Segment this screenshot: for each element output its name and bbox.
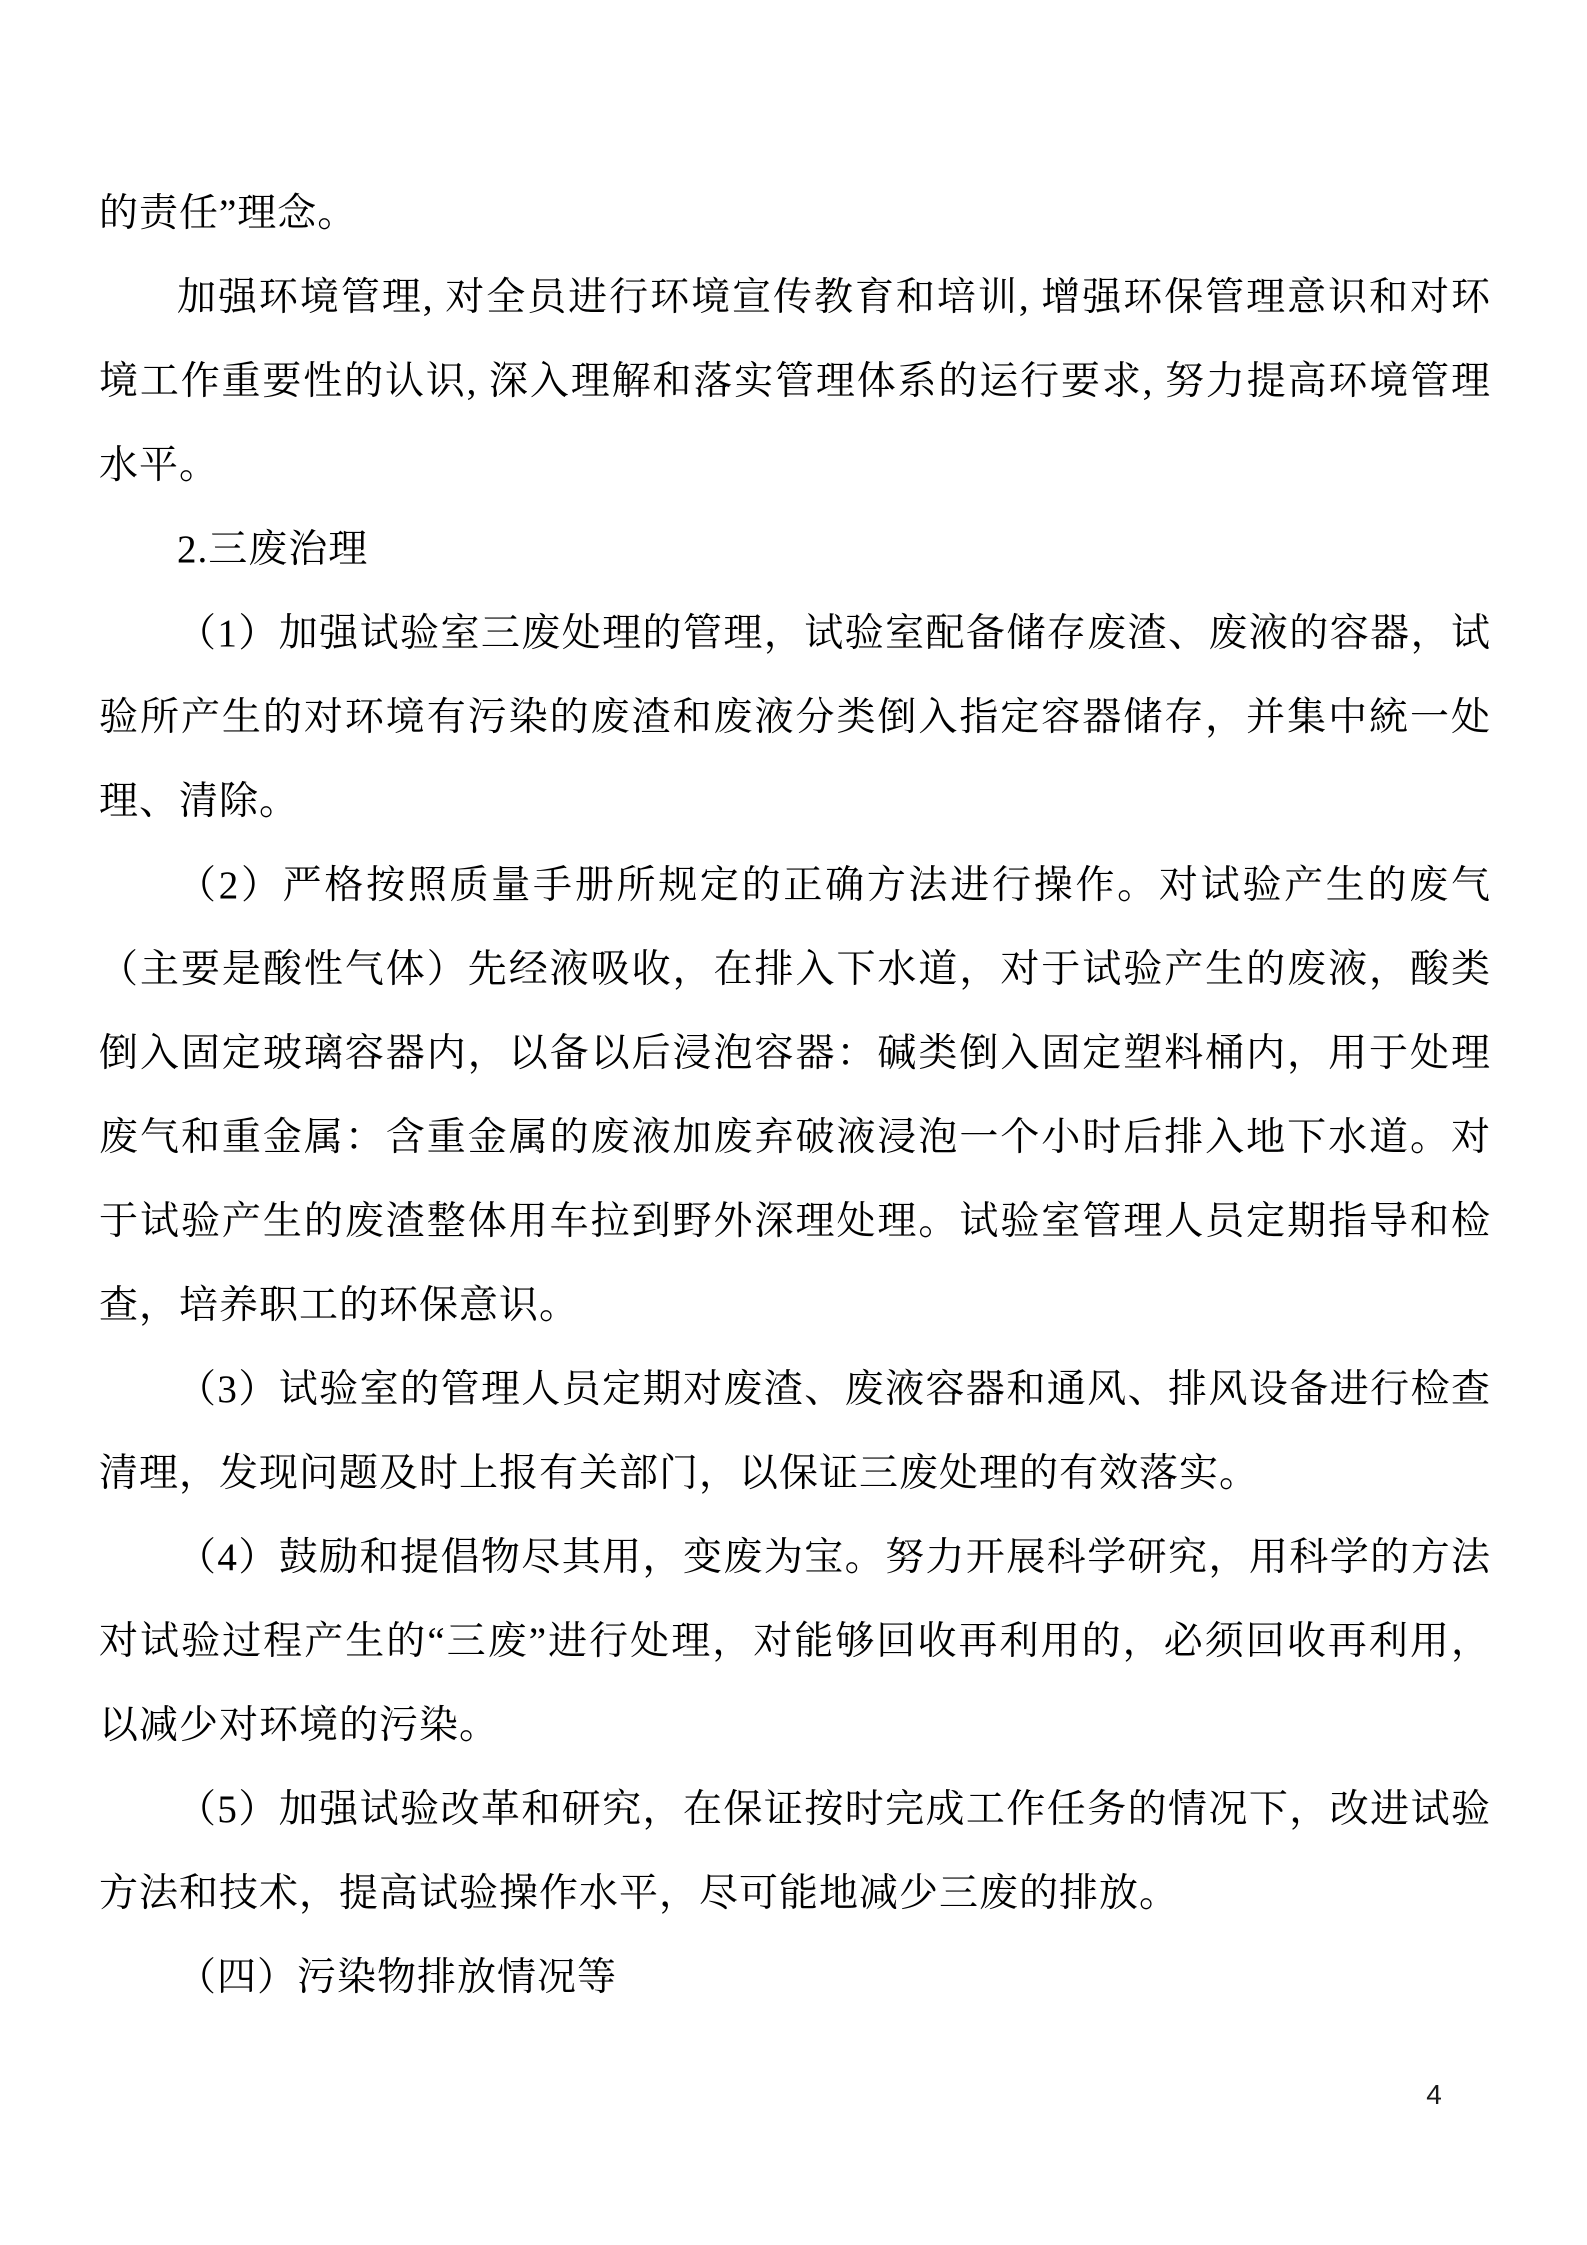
page-number: 4 [1404, 2078, 1464, 2112]
section-heading: 2.三废治理 [99, 508, 1491, 592]
paragraph: 加强环境管理, 对全员进行环境宣传教育和培训, 增强环保管理意识和对环境工作重要… [99, 256, 1491, 508]
document-body: 的责任”理念。 加强环境管理, 对全员进行环境宣传教育和培训, 增强环保管理意识… [99, 172, 1491, 2020]
paragraph: （3）试验室的管理人员定期对废渣、废液容器和通风、排风设备进行检查清理，发现问题… [99, 1348, 1491, 1516]
paragraph-continuation: 的责任”理念。 [99, 172, 1491, 256]
document-page: 的责任”理念。 加强环境管理, 对全员进行环境宣传教育和培训, 增强环保管理意识… [0, 0, 1587, 2245]
paragraph: （4）鼓励和提倡物尽其用，变废为宝。努力开展科学研究，用科学的方法对试验过程产生… [99, 1516, 1491, 1768]
paragraph: （1）加强试验室三废处理的管理，试验室配备储存废渣、废液的容器，试验所产生的对环… [99, 592, 1491, 844]
paragraph: （5）加强试验改革和研究，在保证按时完成工作任务的情况下，改进试验方法和技术，提… [99, 1768, 1491, 1936]
paragraph: （2）严格按照质量手册所规定的正确方法进行操作。对试验产生的废气（主要是酸性气体… [99, 844, 1491, 1348]
section-heading: （四）污染物排放情况等 [99, 1936, 1491, 2020]
